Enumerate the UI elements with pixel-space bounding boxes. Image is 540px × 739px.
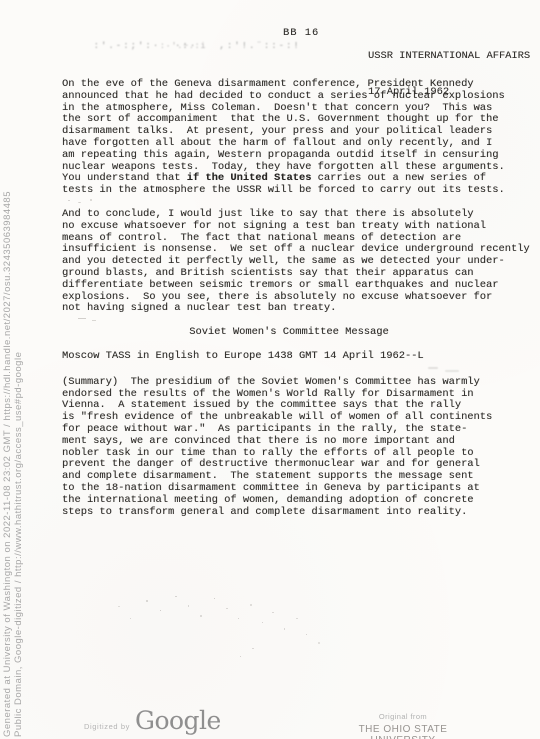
paragraph-text-line: tests in the atmosphere the USSR will be… (62, 185, 538, 197)
text-segment: You understand that (62, 172, 187, 184)
watermark-generated-line: Generated at University of Washington on… (2, 47, 13, 737)
institution-name: THE OHIO STATE UNIVERSITY (338, 724, 468, 739)
watermark-rights-line: Public Domain, Google-digitized / http:/… (13, 47, 24, 737)
paragraph-womens-committee: (Summary) The presidium of the Soviet Wo… (62, 377, 538, 519)
emphasized-text: if the United States (187, 172, 312, 184)
text-segment: carries out a new series of (311, 172, 486, 184)
page-number: BB 16 (283, 27, 319, 39)
faded-stamp: :'.-:;':· ·:· ,:'!.¨::-:! :·'.~.:i (64, 31, 301, 71)
original-from-label: Original from (338, 712, 468, 721)
publication-title: USSR INTERNATIONAL AFFAIRS (368, 50, 530, 62)
paragraph-text: On the eve of the Geneva disarmament con… (62, 79, 538, 173)
hathitrust-watermark: Generated at University of Washington on… (2, 47, 24, 737)
original-from: Original from THE OHIO STATE UNIVERSITY (338, 712, 468, 739)
section-heading: Soviet Women's Committee Message (62, 327, 538, 339)
digitized-by-google: Digitized by Google (84, 706, 221, 735)
document-body: On the eve of the Geneva disarmament con… (62, 79, 538, 530)
scanned-document-page: Generated at University of Washington on… (0, 0, 540, 739)
paragraph-test-ban: And to conclude, I would just like to sa… (62, 209, 538, 315)
google-logo: Google (135, 706, 221, 735)
source-line: Moscow TASS in English to Europe 1438 GM… (62, 351, 538, 363)
paragraph-kennedy-tests: On the eve of the Geneva disarmament con… (62, 79, 538, 197)
digitized-by-label: Digitized by (84, 722, 130, 731)
faded-stamp-text-fragment: :·'.~.:i (160, 42, 206, 51)
